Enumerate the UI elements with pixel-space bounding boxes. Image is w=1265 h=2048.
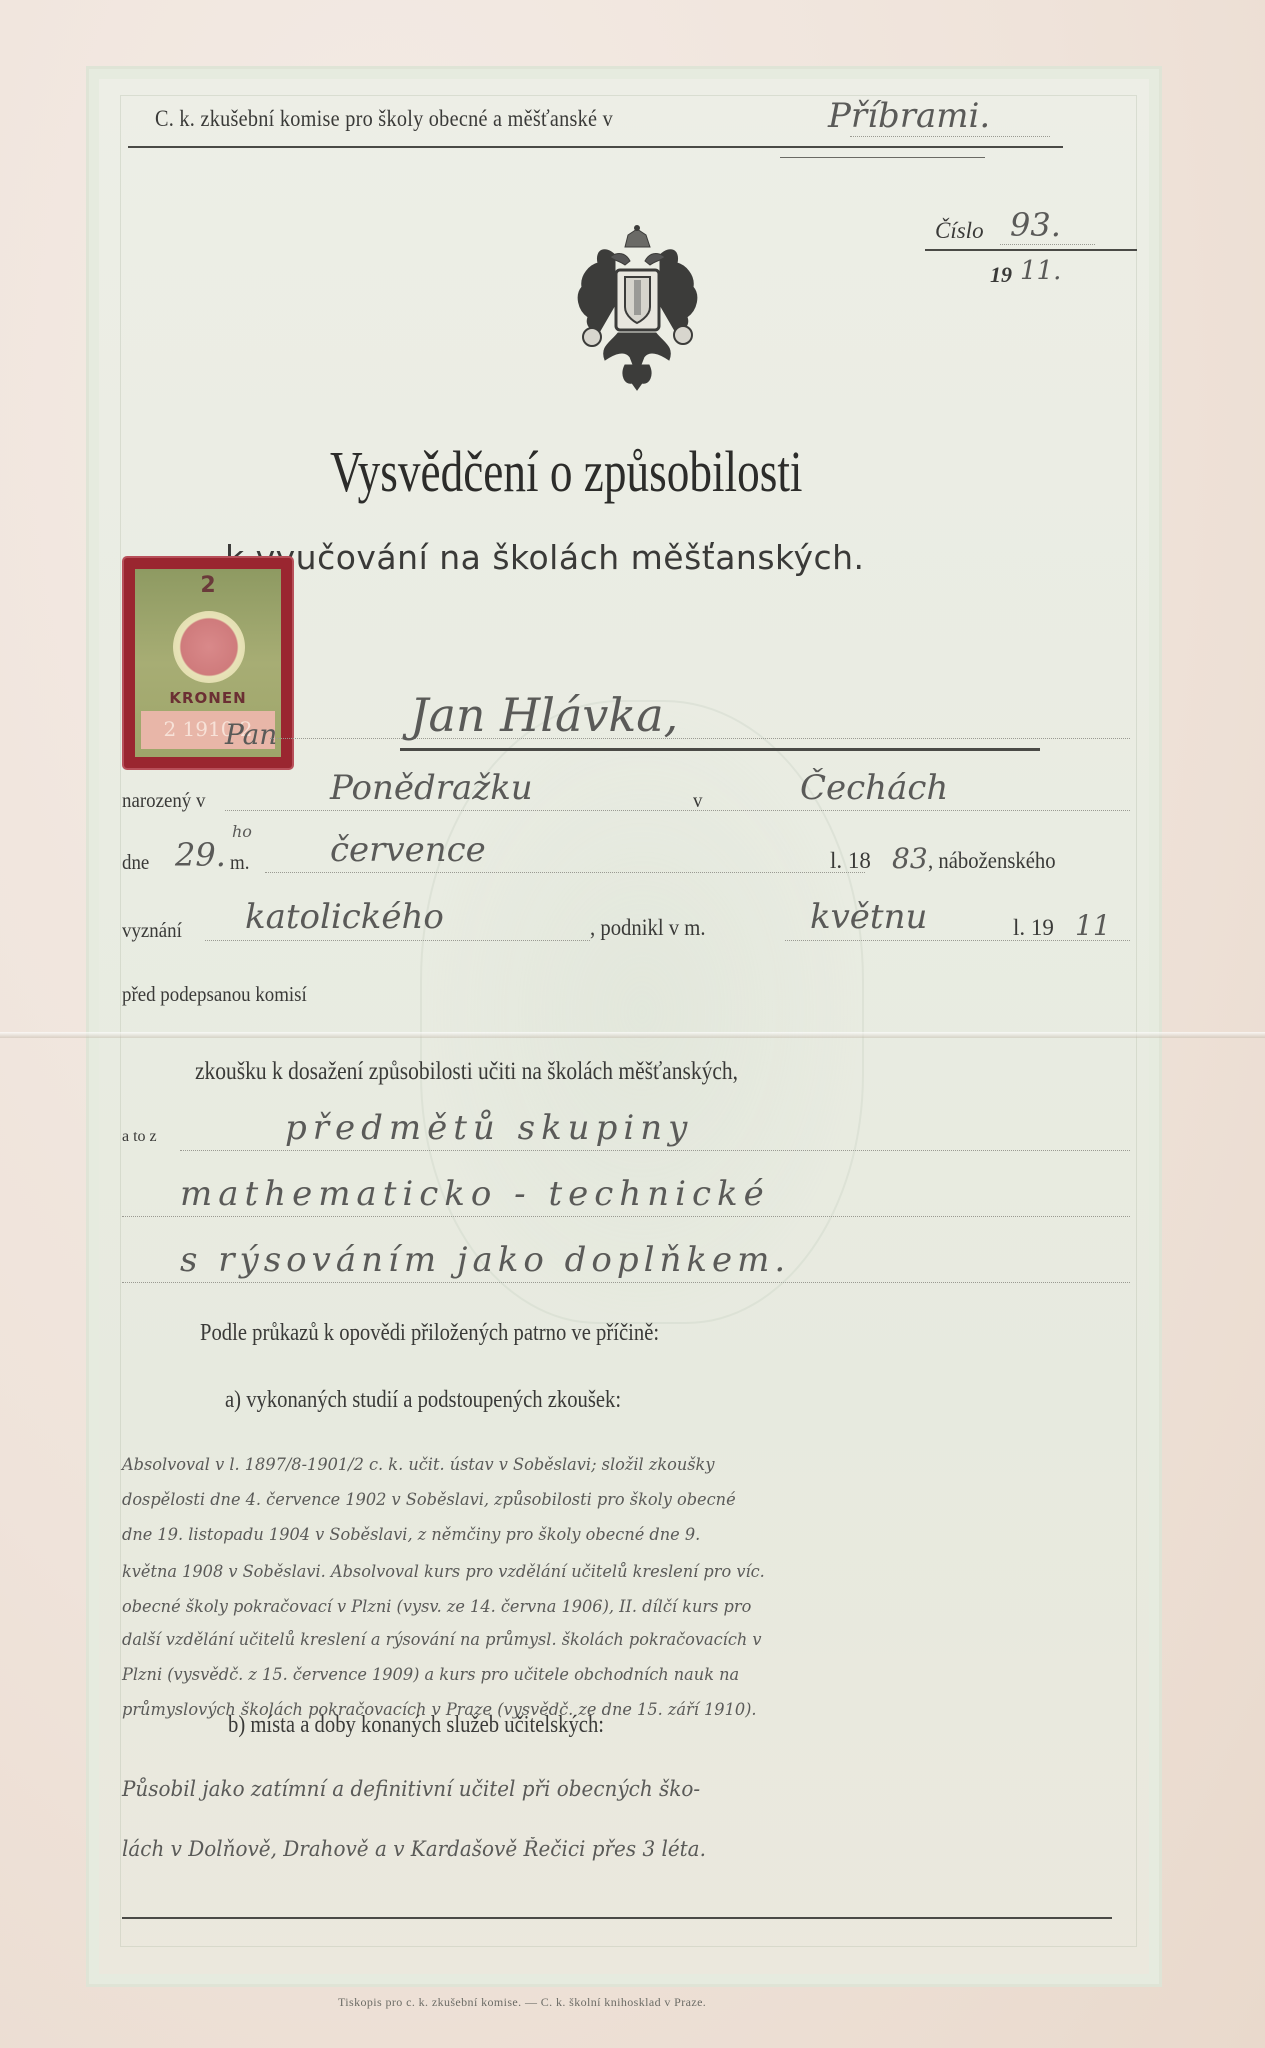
subjects-label: a to z — [122, 1128, 157, 1146]
double-headed-eagle-icon — [570, 225, 705, 395]
birth-day-handwritten: 29. — [175, 836, 226, 874]
exam-year-label: l. 19 — [1013, 915, 1054, 941]
exam-statement: zkoušku k dosažení způsobilosti učiti na… — [195, 1058, 738, 1086]
issuing-commission-header: C. k. zkušební komise pro školy obecné a… — [155, 106, 613, 132]
birth-month-label: m. — [230, 850, 249, 875]
birth-place-dotted-line — [225, 810, 1130, 811]
header-short-rule — [780, 157, 985, 158]
section-a-line-6: další vzdělání učitelů kreslení a rýsová… — [122, 1630, 762, 1650]
exam-month-label: , podnikl v m. — [590, 915, 706, 941]
certificate-subtitle: k vyučování na školách měšťanských. — [225, 538, 865, 577]
exam-month-handwritten: květnu — [810, 897, 927, 937]
closing-rule — [122, 1917, 1112, 1919]
birth-place-label: narozený v — [122, 788, 205, 813]
birth-date-dotted-line — [265, 872, 865, 873]
subjects-line-2: mathematicko - technické — [180, 1174, 770, 1214]
recipient-name-handwritten: Jan Hlávka, — [410, 688, 678, 742]
number-value-handwritten: 93. — [1010, 206, 1061, 244]
paper-fold-crease — [0, 1032, 1265, 1038]
subjects-line-3: s rýsováním jako doplňkem. — [180, 1240, 790, 1280]
section-a-line-3: dne 19. listopadu 1904 v Soběslavi, z ně… — [122, 1525, 700, 1545]
year-suffix-handwritten: 11. — [1020, 256, 1061, 286]
year-prefix: 19 — [990, 262, 1012, 288]
stamp-value-top: 2 — [135, 573, 281, 598]
evidence-intro: Podle průkazů k opovědi přiložených patr… — [200, 1320, 659, 1347]
issuing-place-handwritten: Příbrami. — [828, 96, 990, 136]
exam-year-handwritten: 11 — [1075, 909, 1111, 942]
header-dotted-line — [850, 136, 1050, 137]
section-a-line-2: dospělosti dne 4. července 1902 v Soběsl… — [122, 1490, 736, 1510]
section-b-line-1: Působil jako zatímní a definitivní učite… — [122, 1777, 700, 1801]
name-dotted-line — [270, 738, 1130, 739]
subjects-dotted-line-3 — [122, 1282, 1130, 1283]
section-b-line-2: lách v Dolňově, Drahově a v Kardašově Ře… — [122, 1837, 706, 1861]
section-a-label: a) vykonaných studií a podstoupených zko… — [225, 1387, 621, 1414]
name-underline — [400, 748, 1040, 751]
birth-day-suffix-handwritten: ho — [232, 822, 252, 841]
birth-month-handwritten: července — [330, 830, 486, 870]
birth-day-label: dne — [122, 850, 149, 875]
subjects-dotted-line-1 — [180, 1150, 1130, 1151]
section-a-line-4: května 1908 v Soběslavi. Absolvoval kurs… — [122, 1562, 765, 1582]
header-rule — [128, 146, 1063, 148]
number-label: Číslo — [935, 218, 984, 244]
subjects-dotted-line-2 — [122, 1216, 1130, 1217]
before-commission-text: před podepsanou komisí — [122, 982, 307, 1007]
section-a-line-1: Absolvoval v l. 1897/8-1901/2 c. k. učit… — [122, 1455, 714, 1475]
birth-region-handwritten: Čechách — [800, 768, 948, 808]
section-a-line-7: Plzni (vysvědč. z 15. července 1909) a k… — [122, 1665, 739, 1685]
section-a-line-5: obecné školy pokračovací v Plzni (vysv. … — [122, 1597, 751, 1617]
certificate-title: Vysvědčení o způsobilosti — [330, 438, 802, 505]
confession-label: vyznání — [122, 918, 182, 943]
recipient-title-handwritten: Pan — [225, 718, 277, 751]
religion-prefix-label: , náboženského — [928, 848, 1056, 874]
confession-dotted-line — [205, 940, 590, 941]
birth-place-handwritten: Ponědražku — [330, 768, 533, 808]
number-rule — [925, 249, 1137, 251]
stamp-portrait-medallion-icon — [173, 611, 245, 683]
confession-handwritten: katolického — [245, 897, 444, 937]
number-dotted-line — [1000, 244, 1095, 245]
birth-year-handwritten: 83 — [892, 842, 928, 875]
stamp-currency: KRONEN — [135, 689, 281, 707]
birth-year-label: l. 18 — [830, 848, 871, 874]
section-b-label: b) místa a doby konaných služeb učitelsk… — [228, 1712, 604, 1739]
printer-imprint: Tiskopis pro c. k. zkušební komise. — C.… — [338, 1995, 706, 2010]
subjects-line-1: předmětů skupiny — [285, 1108, 693, 1148]
birth-place-connector: v — [693, 788, 702, 813]
